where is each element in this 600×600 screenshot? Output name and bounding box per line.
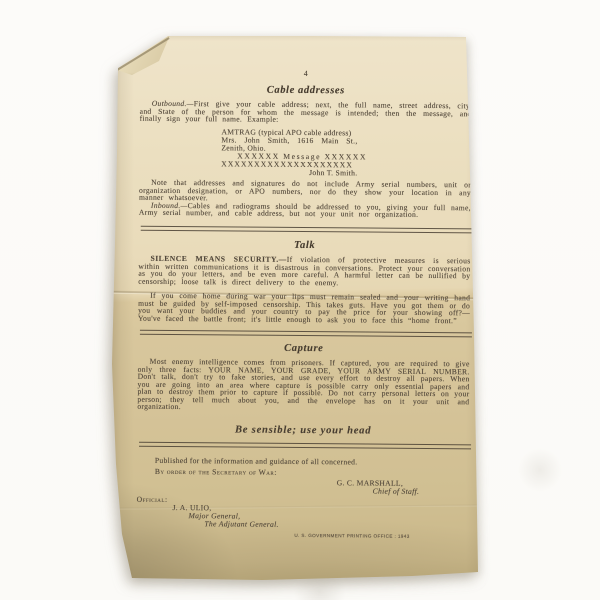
section-heading-cable-addresses: Cable addresses [140,84,472,98]
paragraph-capture: Most enemy intelligence comes from priso… [137,358,469,413]
official-title: The Adjutant General. [136,520,468,531]
cable-example-block: AMTRAG (typical APO cable address) Mrs. … [221,128,553,178]
inbound-text: Cables and radiograms should be addresse… [139,201,471,219]
page-number: 4 [140,68,472,80]
section-divider-rule-1 [141,226,473,234]
example-line-signature: John T. Smith. [221,168,553,179]
photo-canvas: { "photo": { "background_color": "#fcfbf… [0,0,600,600]
section-heading-capture: Capture [138,342,470,356]
printed-page: 4 Cable addresses Outbound.—First give y… [136,67,472,582]
section-heading-talk: Talk [139,239,471,253]
footer-published-line: Published for the information and guidan… [137,457,469,468]
paper-sheet: 4 Cable addresses Outbound.—First give y… [112,34,480,580]
note-inbound-block: Note that addresses and signatures do no… [139,179,471,219]
paragraph-home-front: If you come home during war your lips mu… [138,292,470,325]
footer-by-order-line: By order of the Secretary of War: [137,468,469,479]
motto-line: Be sensible; use your head [137,424,469,438]
document-photo: 4 Cable addresses Outbound.—First give y… [112,34,480,580]
printing-office-imprint: U. S. GOVERNMENT PRINTING OFFICE : 1943 [294,532,600,543]
paragraph-outbound: Outbound.—First give your cable address;… [140,100,472,125]
section-divider-rule-3 [139,442,471,450]
section-divider-rule-2 [140,330,472,338]
paragraph-inbound: Inbound.—Cables and radiograms should be… [139,201,471,219]
signature-title: Chief of Staff. [373,488,600,499]
paragraph-silence: SILENCE MEANS SECURITY.—If violation of … [138,255,470,288]
